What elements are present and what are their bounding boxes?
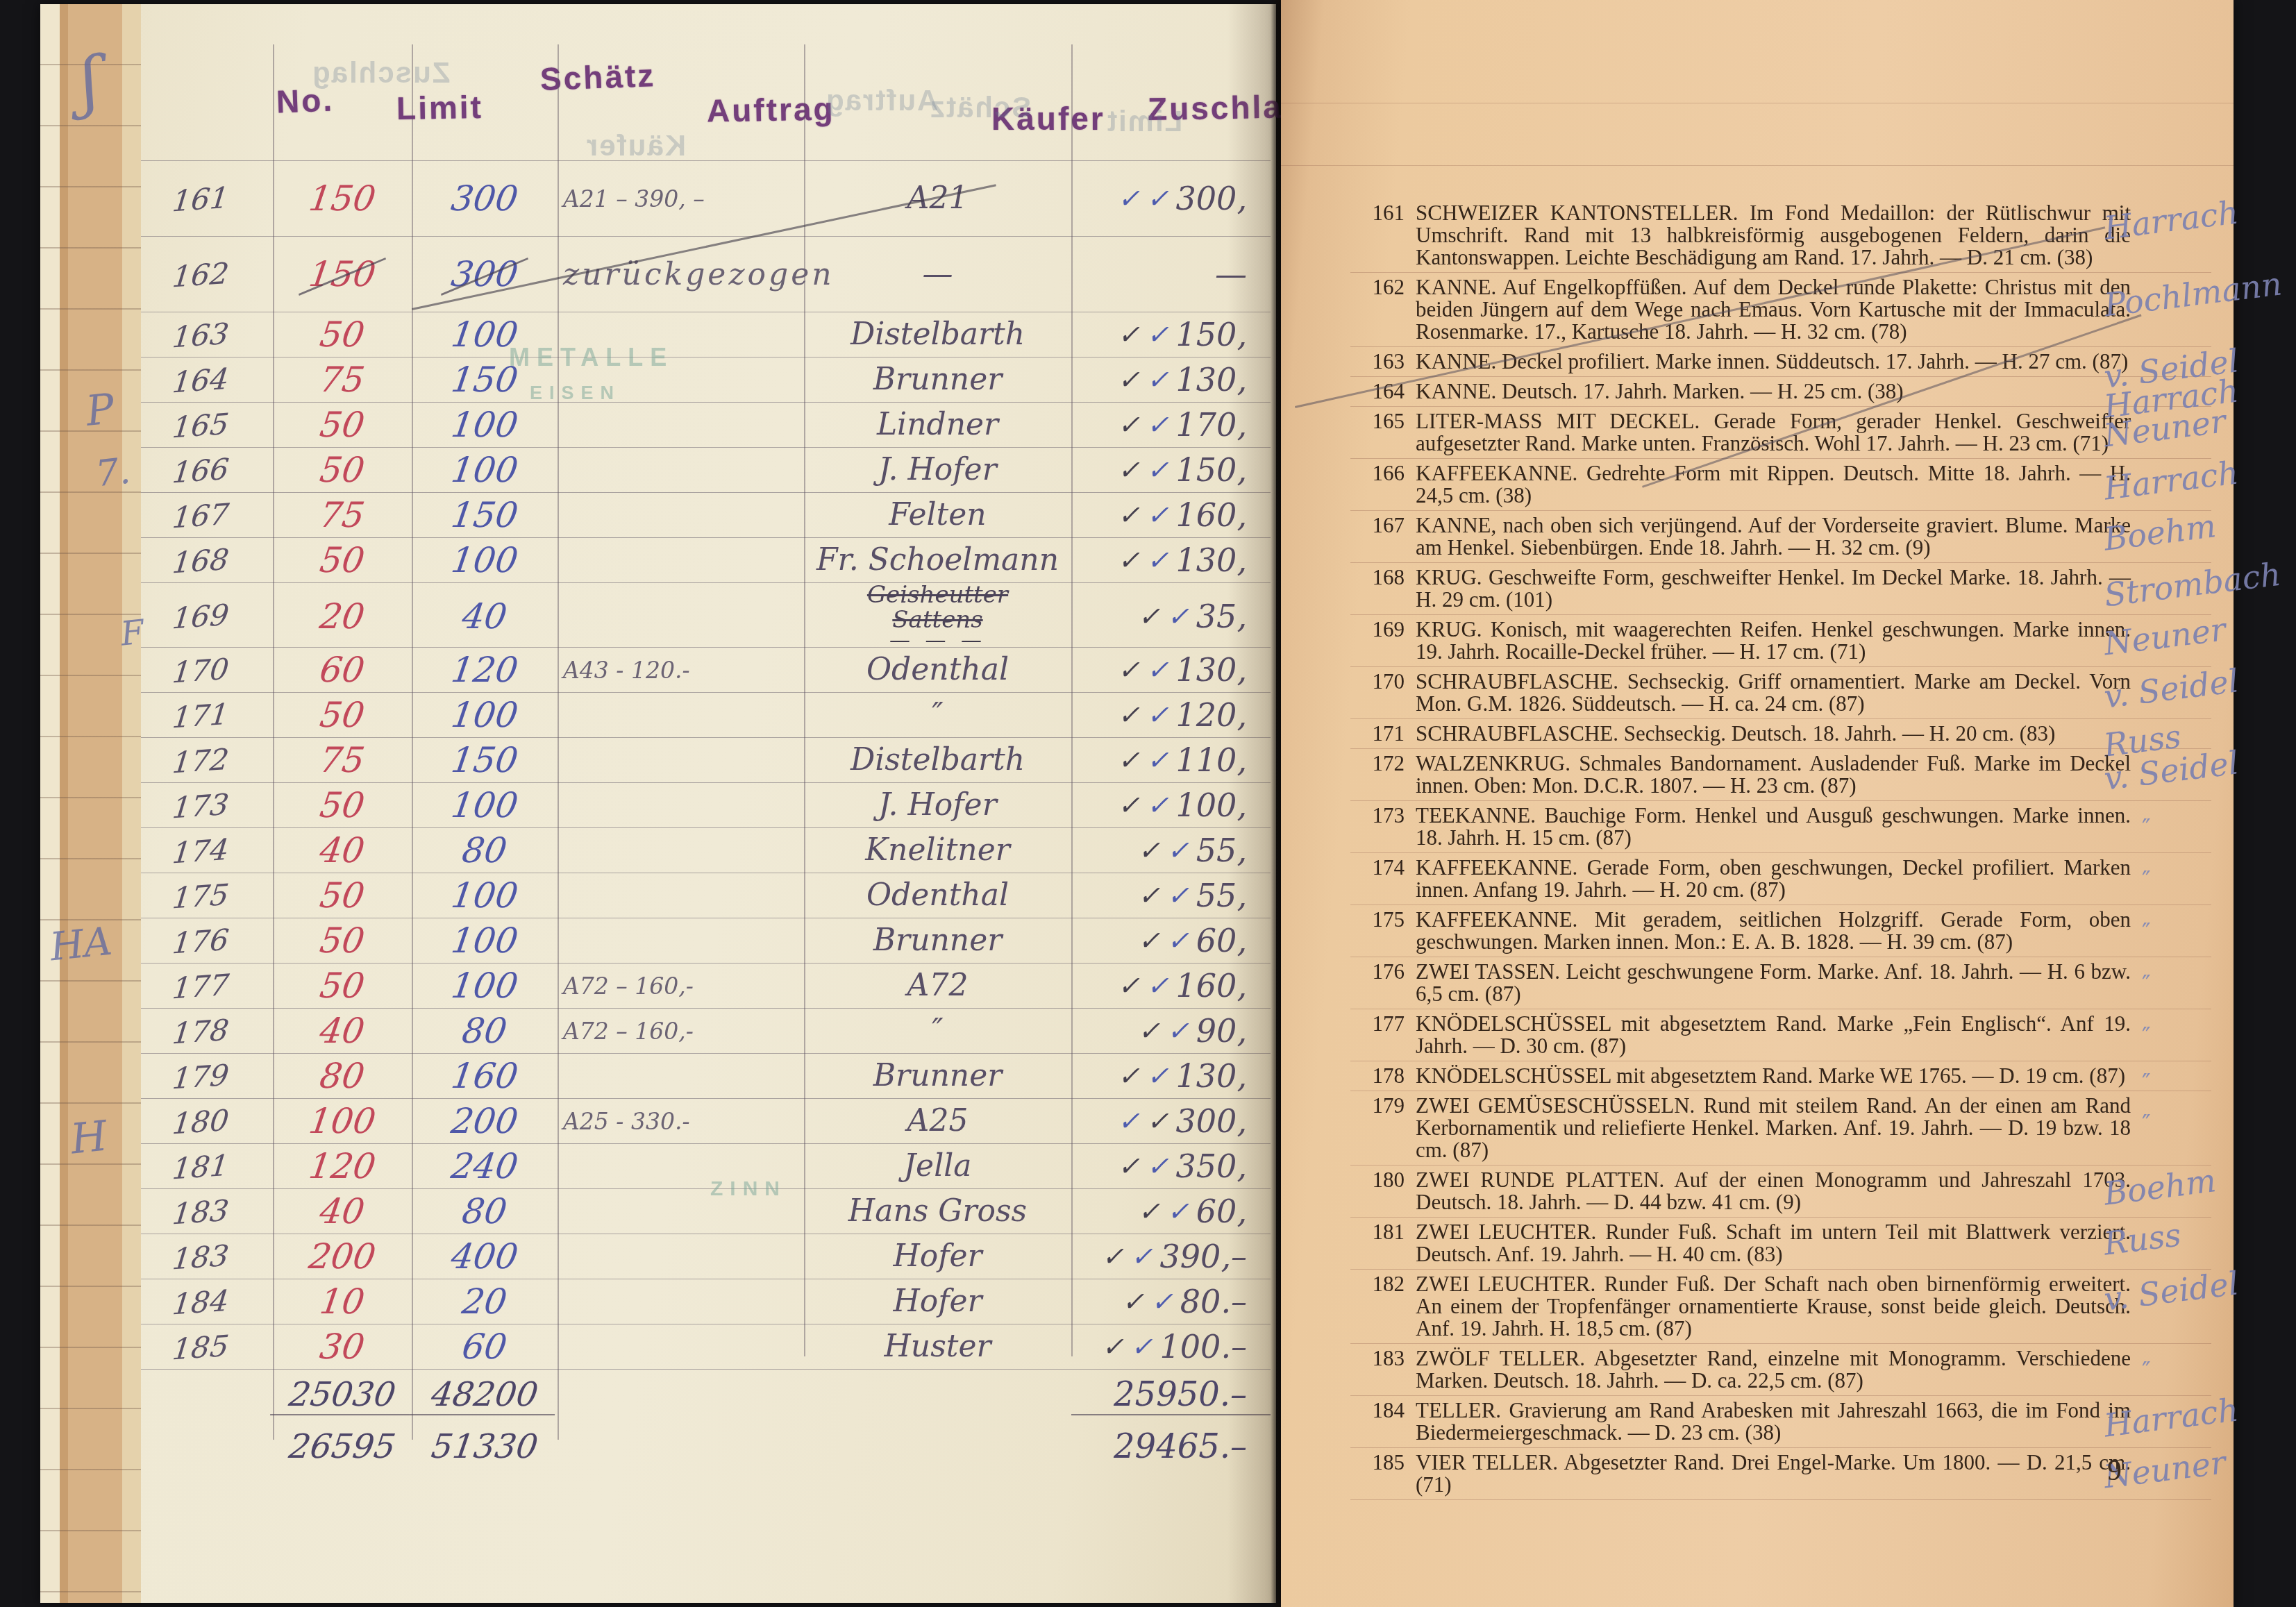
catalog-lot-number: 162: [1350, 276, 1405, 343]
pencil-checkmark-icon: ✓: [1118, 702, 1140, 728]
limit-number: 20: [317, 596, 367, 637]
zuschlag-cell: —: [1071, 255, 1271, 293]
ledger-rows: 161150300A21 – 390, –A21✓✓300,162150300z…: [141, 160, 1271, 1472]
blue-checkmark-icon: ✓: [1147, 1153, 1169, 1179]
zuschlag-value: 160,: [1176, 496, 1247, 534]
catalog-lot-number: 172: [1350, 752, 1405, 797]
ledger-row: 16775150Felten✓✓160,: [141, 493, 1271, 538]
kaeufer-name: Distelbarth: [804, 745, 1071, 775]
catalog-item: 184TELLER. Gravierung am Rand Arabesken …: [1350, 1396, 2211, 1448]
ledger-table: No. Limit Schätz Auftrag Käufer Zuschlag…: [141, 4, 1273, 1607]
zuschlag-cell: ✓✓100.–: [1071, 1328, 1271, 1365]
ledger-totals-row: 265955133029465.–: [141, 1421, 1271, 1472]
limit-number: 40: [317, 1011, 367, 1051]
zuschlag-value: 160,: [1176, 967, 1247, 1004]
limit-number: 40: [317, 1191, 367, 1231]
binding-rule-lines: [40, 4, 141, 1603]
lot-number: 178: [138, 1009, 275, 1052]
schaetz-value: 150: [409, 740, 560, 780]
catalog-item: 182ZWEI LEUCHTER. Runder Fuß. Der Schaft…: [1350, 1270, 2211, 1344]
schaetz-number: 100: [449, 966, 521, 1006]
kaeufer-name: A72: [804, 970, 1071, 1001]
schaetz-number: 100: [449, 875, 521, 916]
schaetz-number: 100: [449, 695, 521, 735]
ghost-word: EISEN: [530, 382, 621, 404]
pencil-checkmark-icon: ✓: [1122, 1288, 1144, 1315]
kaeufer-name: ″: [804, 1016, 1071, 1046]
catalog-lot-number: 168: [1350, 566, 1405, 611]
catalog-lot-number: 170: [1350, 671, 1405, 715]
catalog-lot-description: KRUG. Konisch, mit waagerechten Reifen. …: [1416, 619, 2131, 663]
limit-number: 50: [317, 540, 367, 580]
lot-number: 170: [138, 648, 275, 691]
zuschlag-cell: ✓✓300,: [1071, 180, 1271, 217]
catalog-lot-number: 184: [1350, 1399, 1405, 1444]
zuschlag-cell: ✓✓150,: [1071, 316, 1271, 353]
limit-number: 200: [306, 1236, 378, 1277]
margin-ditto-mark: ″: [2142, 970, 2151, 998]
empty-cell: [140, 1390, 274, 1399]
catalog-item: 179ZWEI GEMÜSESCHÜSSELN. Rund mit steile…: [1350, 1091, 2211, 1166]
limit-number: 50: [317, 314, 367, 355]
pencil-checkmark-icon: ✓: [1118, 457, 1140, 483]
schaetz-number: 300: [449, 178, 521, 219]
schaetz-value: 100: [409, 405, 560, 445]
zuschlag-value: 120,: [1176, 696, 1247, 734]
ledger-row: 16350100Distelbarth✓✓150,: [141, 312, 1271, 357]
kaeufer-name: Odenthal: [804, 880, 1071, 911]
kaeufer-name: J. Hofer: [804, 455, 1071, 485]
ledger-row: 16550100Lindner✓✓170,: [141, 403, 1271, 448]
zuschlag-value: 80.–: [1180, 1283, 1247, 1320]
catalog-lot-description: ZWÖLF TELLER. Abgesetzter Rand, einzelne…: [1416, 1347, 2131, 1392]
schaetz-number: 150: [449, 495, 521, 535]
catalog-item: 165LITER-MASS MIT DECKEL. Gerade Form, g…: [1350, 407, 2211, 459]
margin-buyer-name: Pochlmann: [2102, 265, 2284, 324]
schaetz-value: 60: [409, 1327, 560, 1367]
zuschlag-cell: ✓✓90,: [1071, 1012, 1271, 1050]
schaetz-value: 80: [409, 830, 560, 870]
limit-value: 60: [270, 650, 414, 690]
catalog-lot-number: 161: [1350, 202, 1405, 269]
zuschlag-value: 90,: [1196, 1012, 1247, 1050]
catalog-lot-description: SCHRAUBFLASCHE. Sechseckig. Deutsch. 18.…: [1416, 723, 2131, 745]
schaetz-value: 150: [409, 495, 560, 535]
catalog-lot-number: 174: [1350, 857, 1405, 901]
schaetz-number: 40: [460, 596, 510, 637]
zuschlag-value: 350,: [1176, 1147, 1247, 1185]
schaetz-number: 100: [449, 405, 521, 445]
catalog-lot-number: 175: [1350, 909, 1405, 953]
blue-checkmark-icon: ✓: [1147, 502, 1169, 528]
zuschlag-total: 29465.–: [1071, 1427, 1271, 1466]
schaetz-value: 300: [409, 254, 560, 294]
zuschlag-value: 35,: [1196, 598, 1247, 635]
rule-line: [1281, 103, 2234, 103]
pencil-checkmark-icon: ✓: [1118, 1153, 1140, 1179]
schaetz-value: 80: [409, 1191, 560, 1231]
blue-checkmark-icon: ✓: [1118, 1108, 1140, 1134]
catalog-item: 170SCHRAUBFLASCHE. Sechseckig. Griff orn…: [1350, 667, 2211, 719]
limit-number: 50: [317, 875, 367, 916]
kaeufer-name: Huster: [804, 1331, 1071, 1362]
catalog-lot-description: ZWEI LEUCHTER. Runder Fuß. Schaft im unt…: [1416, 1221, 2131, 1265]
kaeufer-name: —: [804, 259, 1071, 289]
margin-mark: F: [119, 612, 146, 653]
pencil-checkmark-icon: ✓: [1138, 882, 1160, 909]
pencil-checkmark-icon: ✓: [1118, 321, 1140, 348]
auftrag-note: zurückgezogen: [558, 257, 804, 292]
margin-ditto-mark: ″: [2142, 1357, 2151, 1385]
zuschlag-cell: ✓✓80.–: [1071, 1283, 1271, 1320]
rule-line: [1281, 165, 2234, 166]
auction-ledger-scan: No. Limit Schätz Auftrag Käufer Zuschlag…: [0, 0, 2296, 1607]
ledger-totals-row: 250304820025950.–: [141, 1370, 1271, 1421]
catalog-lot-description: KAFFEEKANNE. Mit geradem, seitlichen Hol…: [1416, 909, 2131, 953]
limit-value: 10: [270, 1281, 414, 1322]
ghost-word: ZINN: [710, 1177, 787, 1201]
catalog-item: 167KANNE, nach oben sich verjüngend. Auf…: [1350, 511, 2211, 563]
pencil-checkmark-icon: ✓: [1118, 973, 1140, 999]
schaetz-number: 150: [449, 740, 521, 780]
limit-number: 120: [306, 1146, 378, 1186]
catalog-item: 173TEEKANNE. Bauchige Form. Henkel und A…: [1350, 801, 2211, 853]
limit-value: 50: [270, 920, 414, 961]
zuschlag-cell: ✓✓35,: [1071, 598, 1271, 635]
margin-ditto-mark: ″: [2142, 866, 2151, 894]
ledger-row: 180100200A25 - 330.-A25✓✓300,: [141, 1099, 1271, 1144]
kaeufer-name: Distelbarth: [804, 319, 1071, 350]
limit-value: 120: [270, 1146, 414, 1186]
limit-number: 50: [317, 405, 367, 445]
catalog-item: 163KANNE. Deckel profiliert. Marke innen…: [1350, 347, 2211, 377]
ledger-row: 16475150Brunner✓✓130,: [141, 357, 1271, 403]
kaeufer-name: ″: [804, 700, 1071, 730]
catalog-lot-description: TEEKANNE. Bauchige Form. Henkel und Ausg…: [1416, 805, 2131, 849]
lot-number: 168: [138, 539, 275, 582]
schaetz-value: 100: [409, 695, 560, 735]
catalog-lot-number: 171: [1350, 723, 1405, 745]
limit-value: 50: [270, 405, 414, 445]
catalog-lot-number: 177: [1350, 1013, 1405, 1057]
zuschlag-cell: ✓✓60,: [1071, 922, 1271, 959]
catalog-item: 183ZWÖLF TELLER. Abgesetzter Rand, einze…: [1350, 1344, 2211, 1396]
zuschlag-value: 100,: [1176, 786, 1247, 824]
catalog-lot-description: KANNE. Deutsch. 17. Jahrh. Marken. — H. …: [1416, 380, 2131, 403]
schaetz-number: 80: [460, 1011, 510, 1051]
catalog-lot-description: ZWEI LEUCHTER. Runder Fuß. Der Schaft na…: [1416, 1273, 2131, 1340]
blue-checkmark-icon: ✓: [1147, 547, 1169, 573]
ledger-row: 17980160Brunner✓✓130,: [141, 1054, 1271, 1099]
pencil-checkmark-icon: ✓: [1138, 1018, 1160, 1044]
limit-value: 200: [270, 1236, 414, 1277]
auftrag-note: A72 – 160,-: [558, 973, 804, 1000]
lot-number: 174: [138, 829, 275, 872]
zuschlag-value: 55,: [1196, 877, 1247, 914]
limit-total: 26595: [270, 1427, 414, 1466]
catalog-lot-number: 182: [1350, 1273, 1405, 1340]
empty-cell: [140, 1442, 274, 1451]
margin-ditto-mark: ″: [2142, 1110, 2151, 1138]
limit-value: 20: [270, 596, 414, 637]
zuschlag-value: 300,: [1176, 1102, 1247, 1140]
schaetz-number: 60: [460, 1327, 510, 1367]
ledger-page: No. Limit Schätz Auftrag Käufer Zuschlag…: [40, 4, 1276, 1603]
kaeufer-name: Hofer: [804, 1286, 1071, 1317]
catalog-item: 177KNÖDELSCHÜSSEL mit abgesetztem Rand. …: [1350, 1009, 2211, 1061]
lot-number: 181: [138, 1145, 275, 1188]
blue-checkmark-icon: ✓: [1147, 702, 1169, 728]
ledger-row: 1744080Knelitner✓✓55,: [141, 828, 1271, 873]
zuschlag-value: —: [1215, 255, 1247, 293]
pencil-checkmark-icon: ✓: [1118, 367, 1140, 393]
lot-number: 185: [138, 1325, 275, 1368]
blue-checkmark-icon: ✓: [1167, 837, 1189, 864]
pencil-checkmark-icon: ✓: [1118, 747, 1140, 773]
pencil-checkmark-icon: ✓: [1138, 1198, 1160, 1225]
ghost-stamp: Käufer: [585, 129, 686, 162]
ledger-row: 181120240Jella✓✓350,: [141, 1144, 1271, 1189]
ledger-row: 17750100A72 – 160,-A72✓✓160,: [141, 964, 1271, 1009]
limit-number: 30: [317, 1327, 367, 1367]
limit-value: 75: [270, 360, 414, 400]
catalog-item: 168KRUG. Geschweifte Form, geschweifter …: [1350, 563, 2211, 615]
blue-checkmark-icon: ✓: [1147, 747, 1169, 773]
zuschlag-value: 110,: [1176, 741, 1247, 779]
limit-number: 50: [317, 785, 367, 825]
catalog-lot-number: 185: [1350, 1452, 1405, 1496]
catalog-lot-description: KNÖDELSCHÜSSEL mit abgesetztem Rand. Mar…: [1416, 1065, 2131, 1087]
catalog-lot-number: 165: [1350, 410, 1405, 455]
schaetz-number: 80: [460, 830, 510, 870]
kaeufer-name: Jella: [804, 1151, 1071, 1181]
kaeufer-name: Lindner: [804, 410, 1071, 440]
blue-checkmark-icon: ✓: [1167, 882, 1189, 909]
zuschlag-cell: ✓✓300,: [1071, 1102, 1271, 1140]
schaetz-value: 400: [409, 1236, 560, 1277]
catalog-item: 166KAFFEEKANNE. Gedrehte Form mit Rippen…: [1350, 459, 2211, 511]
catalog-item: 175KAFFEEKANNE. Mit geradem, seitlichen …: [1350, 905, 2211, 957]
pencil-checkmark-icon: ✓: [1102, 1333, 1124, 1360]
kaeufer-name: Hofer: [804, 1241, 1071, 1272]
limit-value: 75: [270, 740, 414, 780]
limit-total: 25030: [270, 1375, 414, 1415]
blue-checkmark-icon: ✓: [1147, 367, 1169, 393]
lot-number: 183: [138, 1235, 275, 1278]
catalog-lot-number: 163: [1350, 351, 1405, 373]
zuschlag-cell: ✓✓60,: [1071, 1193, 1271, 1230]
lot-number: 184: [138, 1280, 275, 1323]
limit-number: 50: [317, 695, 367, 735]
zuschlag-value: 300,: [1176, 180, 1247, 217]
blue-checkmark-icon: ✓: [1167, 603, 1189, 630]
catalog-lot-description: VIER TELLER. Abgesetzter Rand. Drei Enge…: [1416, 1452, 2131, 1496]
ledger-row: 161150300A21 – 390, –A21✓✓300,: [141, 161, 1271, 237]
lot-number: 172: [138, 739, 275, 782]
ledger-row: 1841020Hofer✓✓80.–: [141, 1279, 1271, 1324]
catalog-item: 181ZWEI LEUCHTER. Runder Fuß. Schaft im …: [1350, 1218, 2211, 1270]
limit-number: 150: [302, 254, 383, 294]
kaeufer-name: Brunner: [804, 925, 1071, 956]
schaetz-number: 400: [449, 1236, 521, 1277]
ledger-row: 16650100J. Hofer✓✓150,: [141, 448, 1271, 493]
schaetz-total: 48200: [409, 1375, 560, 1415]
lot-number: 166: [138, 448, 275, 491]
limit-value: 40: [270, 1011, 414, 1051]
catalog-lot-description: KNÖDELSCHÜSSEL mit abgesetztem Rand. Mar…: [1416, 1013, 2131, 1057]
catalog-lot-number: 183: [1350, 1347, 1405, 1392]
blue-checkmark-icon: ✓: [1167, 1198, 1189, 1225]
lot-number: 165: [138, 403, 275, 446]
limit-number: 60: [317, 650, 367, 690]
lot-number: 162: [138, 253, 275, 296]
schaetz-value: 300: [409, 178, 560, 219]
catalog-lot-description: KAFFEEKANNE. Gerade Form, oben geschwung…: [1416, 857, 2131, 901]
schaetz-value: 100: [409, 920, 560, 961]
page-number: 9: [2107, 1454, 2122, 1488]
zuschlag-value: 150,: [1176, 316, 1247, 353]
page-binding-strip: [40, 4, 141, 1603]
margin-ditto-mark: ″: [2142, 814, 2151, 842]
pencil-checkmark-icon: ✓: [1147, 1108, 1169, 1134]
catalog-items: 161SCHWEIZER KANTONSTELLER. Im Fond Meda…: [1350, 199, 2211, 1500]
zuschlag-value: 55,: [1196, 832, 1247, 869]
zuschlag-cell: ✓✓160,: [1071, 967, 1271, 1004]
blue-checkmark-icon: ✓: [1167, 1018, 1189, 1044]
catalog-item: 169KRUG. Konisch, mit waagerechten Reife…: [1350, 615, 2211, 667]
limit-value: 30: [270, 1327, 414, 1367]
pencil-checkmark-icon: ✓: [1118, 657, 1140, 683]
schaetz-value: 100: [409, 540, 560, 580]
lot-number: 180: [138, 1100, 275, 1143]
ledger-row: 1692040GeisheutterSattens— — —✓✓35,: [141, 583, 1271, 648]
ledger-row: 1834080Hans Gross✓✓60,: [141, 1189, 1271, 1234]
pencil-checkmark-icon: ✓: [1118, 412, 1140, 438]
ledger-row: 17275150Distelbarth✓✓110,: [141, 738, 1271, 783]
kaeufer-name: Brunner: [804, 364, 1071, 395]
ghost-stamp: Schätz: [929, 91, 1031, 124]
limit-number: 150: [306, 178, 378, 219]
schaetz-value: 160: [409, 1056, 560, 1096]
dash-marks: — — —: [804, 632, 1071, 649]
catalog-lot-number: 181: [1350, 1221, 1405, 1265]
zuschlag-cell: ✓✓130,: [1071, 541, 1271, 579]
schaetz-number: 240: [449, 1146, 521, 1186]
catalog-item: 185VIER TELLER. Abgesetzter Rand. Drei E…: [1350, 1448, 2211, 1500]
column-header-auftrag: Auftrag: [707, 90, 835, 129]
lot-number: 164: [138, 358, 275, 401]
catalog-item: 174KAFFEEKANNE. Gerade Form, oben geschw…: [1350, 853, 2211, 905]
catalog-item: 176ZWEI TASSEN. Leicht geschwungene Form…: [1350, 957, 2211, 1009]
limit-value: 50: [270, 966, 414, 1006]
limit-number: 50: [317, 966, 367, 1006]
ledger-row: 162150300zurückgezogen——: [141, 237, 1271, 312]
limit-number: 40: [317, 830, 367, 870]
zuschlag-value: 390,–: [1160, 1238, 1247, 1275]
catalog-lot-number: 173: [1350, 805, 1405, 849]
margin-mark: H: [68, 1111, 109, 1163]
zuschlag-cell: ✓✓130,: [1071, 1057, 1271, 1095]
limit-number: 75: [317, 740, 367, 780]
margin-mark: P: [83, 385, 116, 436]
limit-value: 50: [270, 695, 414, 735]
blue-checkmark-icon: ✓: [1131, 1333, 1153, 1360]
zuschlag-value: 170,: [1176, 406, 1247, 444]
schaetz-number: 100: [449, 450, 521, 490]
ledger-row: 183200400Hofer✓✓390,–: [141, 1234, 1271, 1279]
ledger-row: 17060120A43 - 120.-Odenthal✓✓130,: [141, 648, 1271, 693]
catalog-lot-description: TELLER. Gravierung am Rand Arabesken mit…: [1416, 1399, 2131, 1444]
catalog-lot-number: 169: [1350, 619, 1405, 663]
limit-number: 80: [317, 1056, 367, 1096]
schaetz-number: 20: [460, 1281, 510, 1322]
limit-value: 50: [270, 785, 414, 825]
kaeufer-name: Odenthal: [804, 655, 1071, 685]
catalog-lot-description: ZWEI GEMÜSESCHÜSSELN. Rund mit steilem R…: [1416, 1095, 2131, 1161]
limit-value: 40: [270, 1191, 414, 1231]
ledger-row: 17650100Brunner✓✓60,: [141, 918, 1271, 964]
catalog-item: 164KANNE. Deutsch. 17. Jahrh. Marken. — …: [1350, 377, 2211, 407]
blue-checkmark-icon: ✓: [1147, 457, 1169, 483]
kaeufer-name: Felten: [804, 500, 1071, 530]
blue-checkmark-icon: ✓: [1147, 321, 1169, 348]
kaeufer-name: Brunner: [804, 1061, 1071, 1091]
schaetz-total: 51330: [409, 1427, 560, 1466]
schaetz-value: 240: [409, 1146, 560, 1186]
catalog-item: 171SCHRAUBFLASCHE. Sechseckig. Deutsch. …: [1350, 719, 2211, 749]
ledger-row: 17550100Odenthal✓✓55,: [141, 873, 1271, 918]
zuschlag-value: 130,: [1176, 651, 1247, 689]
zuschlag-cell: ✓✓390,–: [1071, 1238, 1271, 1275]
catalog-page: 161SCHWEIZER KANTONSTELLER. Im Fond Meda…: [1281, 0, 2234, 1607]
ledger-row: 17150100″✓✓120,: [141, 693, 1271, 738]
struck-kaeufer-name: Geisheutter: [804, 583, 1071, 608]
lot-number: 171: [138, 693, 275, 737]
blue-checkmark-icon: ✓: [1147, 973, 1169, 999]
catalog-lot-number: 167: [1350, 514, 1405, 559]
blue-checkmark-icon: ✓: [1118, 185, 1140, 212]
ghost-stamp: Zuschlag: [311, 56, 450, 90]
schaetz-value: 120: [409, 650, 560, 690]
limit-value: 50: [270, 540, 414, 580]
zuschlag-total: 25950.–: [1071, 1375, 1271, 1415]
schaetz-number: 100: [449, 785, 521, 825]
catalog-lot-number: 179: [1350, 1095, 1405, 1161]
limit-value: 50: [270, 875, 414, 916]
catalog-lot-description: KANNE, nach oben sich verjüngend. Auf de…: [1416, 514, 2131, 559]
kaeufer-name: Fr. Schoelmann: [804, 545, 1071, 575]
catalog-lot-number: 178: [1350, 1065, 1405, 1087]
pencil-checkmark-icon: ✓: [1138, 603, 1160, 630]
lot-number: 161: [138, 177, 275, 220]
limit-number: 50: [317, 450, 367, 490]
lot-number: 169: [138, 595, 275, 638]
blue-checkmark-icon: ✓: [1147, 185, 1169, 212]
limit-number: 75: [317, 360, 367, 400]
limit-value: 150: [270, 178, 414, 219]
ledger-row: 1853060Huster✓✓100.–: [141, 1324, 1271, 1370]
ledger-row: 17350100J. Hofer✓✓100,: [141, 783, 1271, 828]
blue-checkmark-icon: ✓: [1167, 927, 1189, 954]
kaeufer-name: GeisheutterSattens— — —: [804, 583, 1071, 649]
catalog-item: 172WALZENKRUG. Schmales Bandornament. Au…: [1350, 749, 2211, 801]
schaetz-number: 80: [460, 1191, 510, 1231]
schaetz-value: 20: [409, 1281, 560, 1322]
catalog-item: 178KNÖDELSCHÜSSEL mit abgesetztem Rand. …: [1350, 1061, 2211, 1091]
limit-number: 10: [317, 1281, 367, 1322]
auftrag-note: A21 – 390, –: [558, 185, 804, 212]
lot-number: 176: [138, 919, 275, 962]
